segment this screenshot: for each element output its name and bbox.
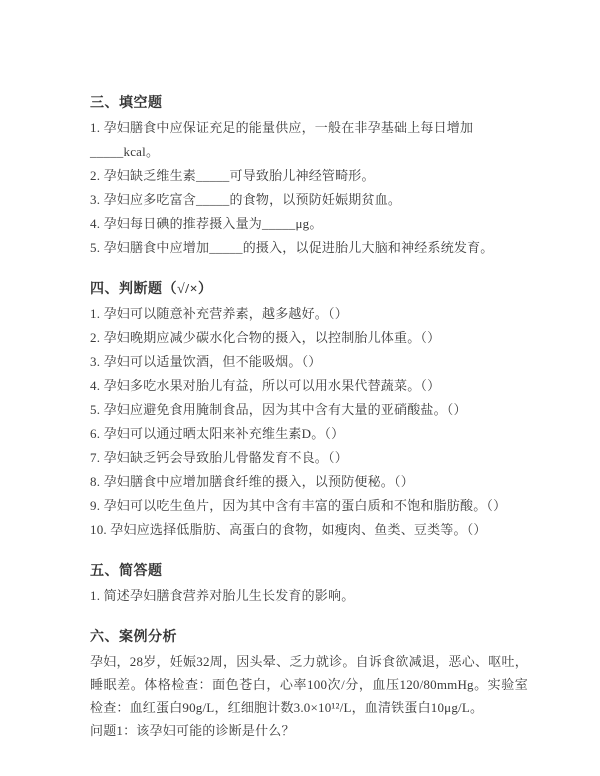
true-false-item-6: 6. 孕妇可以通过晒太阳来补充维生素D。（） [90, 422, 528, 446]
case-analysis-text: 孕妇，28岁，妊娠32周，因头晕、乏力就诊。自诉食欲减退，恶心、呕吐，睡眠差。体… [90, 650, 528, 719]
fill-blank-item-3: 3. 孕妇应多吃富含_____的食物，以预防妊娠期贫血。 [90, 188, 528, 212]
true-false-item-1: 1. 孕妇可以随意补充营养素，越多越好。（） [90, 302, 528, 326]
true-false-item-8: 8. 孕妇膳食中应增加膳食纤维的摄入，以预防便秘。（） [90, 470, 528, 494]
fill-blank-item-5: 5. 孕妇膳食中应增加_____的摄入，以促进胎儿大脑和神经系统发育。 [90, 236, 528, 260]
section-true-false: 四、判断题（√/×） 1. 孕妇可以随意补充营养素，越多越好。（） 2. 孕妇晚… [90, 278, 528, 542]
fill-blank-item-2: 2. 孕妇缺乏维生素_____可导致胎儿神经管畸形。 [90, 164, 528, 188]
exam-document-page: 三、填空题 1. 孕妇膳食中应保证充足的能量供应，一般在非孕基础上每日增加___… [0, 0, 600, 776]
section-short-answer-heading: 五、简答题 [90, 560, 528, 584]
true-false-item-2: 2. 孕妇晚期应减少碳水化合物的摄入，以控制胎儿体重。（） [90, 326, 528, 350]
true-false-item-10: 10. 孕妇应选择低脂肪、高蛋白的食物，如瘦肉、鱼类、豆类等。（） [90, 518, 528, 542]
true-false-item-5: 5. 孕妇应避免食用腌制食品，因为其中含有大量的亚硝酸盐。（） [90, 398, 528, 422]
section-case-analysis: 六、案例分析 孕妇，28岁，妊娠32周，因头晕、乏力就诊。自诉食欲减退，恶心、呕… [90, 626, 528, 743]
short-answer-item-1: 1. 简述孕妇膳食营养对胎儿生长发育的影响。 [90, 584, 528, 608]
true-false-item-7: 7. 孕妇缺乏钙会导致胎儿骨骼发育不良。（） [90, 446, 528, 470]
section-fill-blank-heading: 三、填空题 [90, 92, 528, 116]
fill-blank-item-4: 4. 孕妇每日碘的推荐摄入量为_____μg。 [90, 212, 528, 236]
case-analysis-question-1: 问题1：该孕妇可能的诊断是什么？ [90, 719, 528, 743]
true-false-item-9: 9. 孕妇可以吃生鱼片，因为其中含有丰富的蛋白质和不饱和脂肪酸。（） [90, 494, 528, 518]
section-case-analysis-heading: 六、案例分析 [90, 626, 528, 650]
section-short-answer: 五、简答题 1. 简述孕妇膳食营养对胎儿生长发育的影响。 [90, 560, 528, 608]
section-fill-blank: 三、填空题 1. 孕妇膳食中应保证充足的能量供应，一般在非孕基础上每日增加___… [90, 92, 528, 260]
true-false-item-3: 3. 孕妇可以适量饮酒，但不能吸烟。（） [90, 350, 528, 374]
section-true-false-heading: 四、判断题（√/×） [90, 278, 528, 302]
fill-blank-item-1: 1. 孕妇膳食中应保证充足的能量供应，一般在非孕基础上每日增加_____kcal… [90, 116, 528, 164]
true-false-item-4: 4. 孕妇多吃水果对胎儿有益，所以可以用水果代替蔬菜。（） [90, 374, 528, 398]
